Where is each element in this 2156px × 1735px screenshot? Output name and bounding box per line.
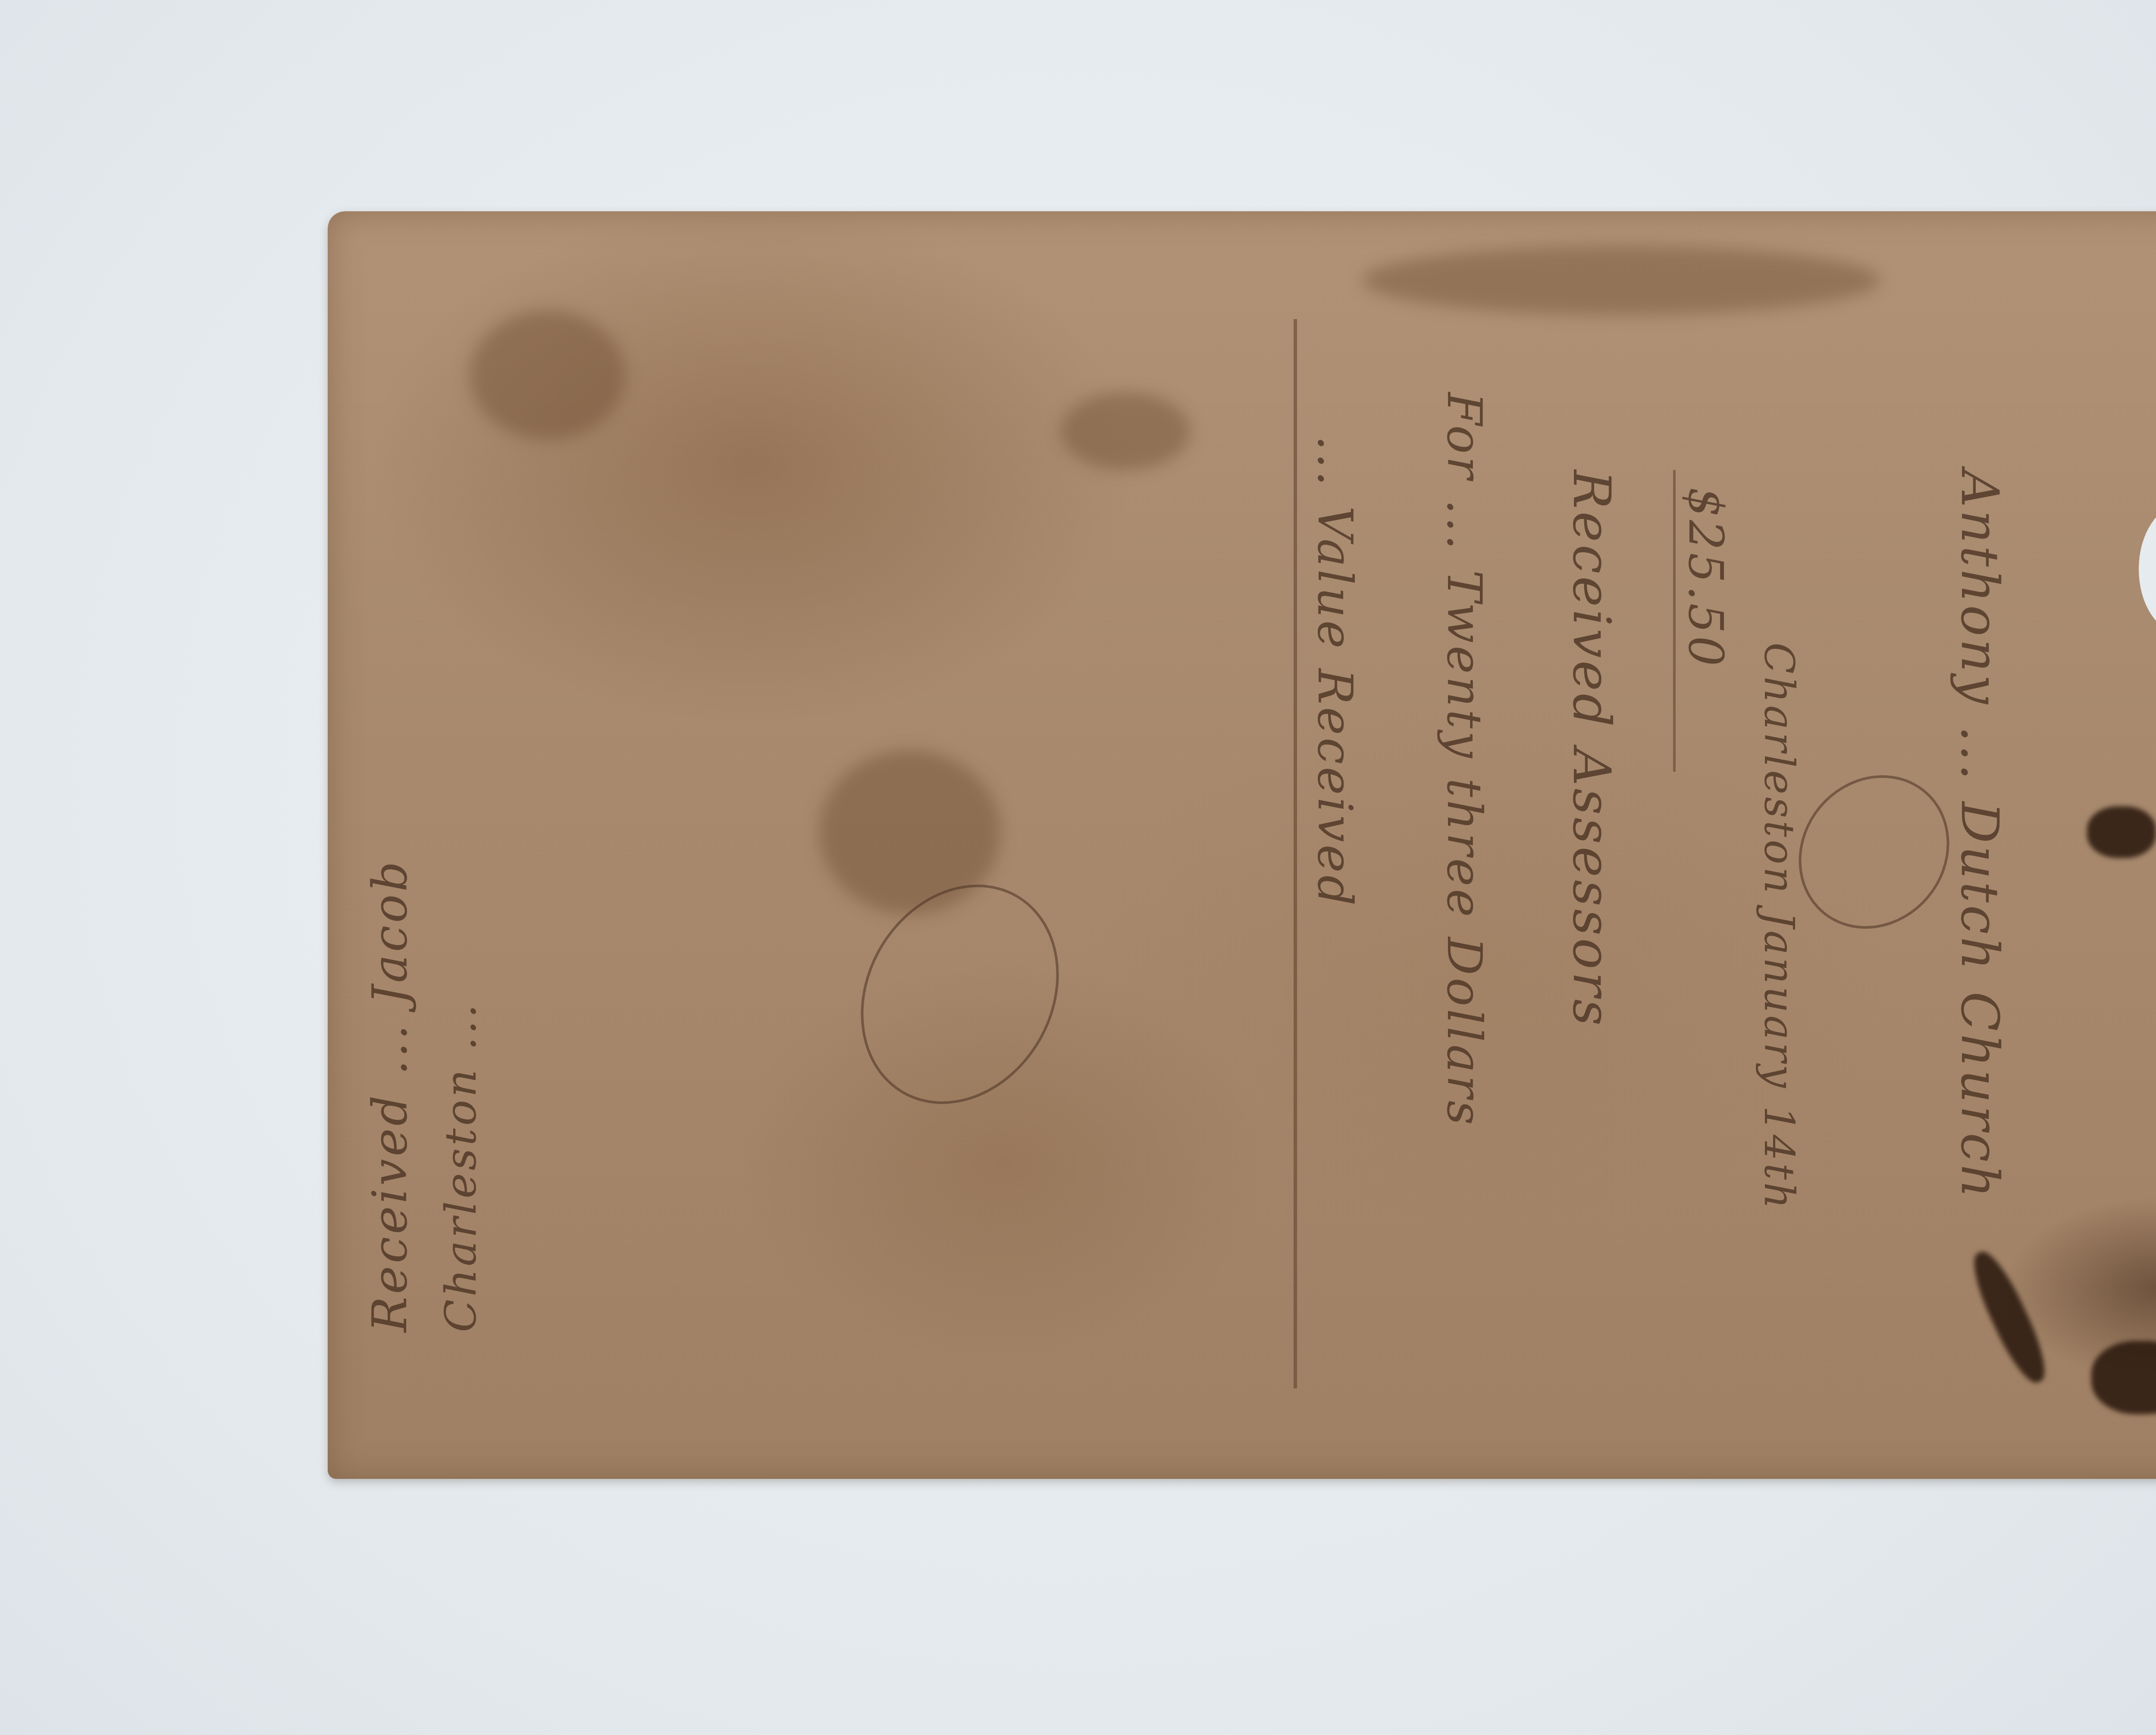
main-text-line: Anthony ... Dutch Church — [1949, 470, 2009, 1200]
ruled-line — [1294, 319, 1297, 1388]
water-stain — [470, 310, 625, 440]
main-text-line: Charleston January 14th — [1755, 642, 1802, 1211]
endorsement-line: Charleston ... — [436, 1002, 486, 1332]
main-text-line: For ... Twenty three Dollars — [1437, 392, 1492, 1127]
amount-text: $25.50 — [1678, 487, 1733, 669]
ink-stain — [1964, 1246, 2055, 1389]
ink-stain — [2091, 1341, 2156, 1414]
torn-notch — [2139, 504, 2156, 634]
ink-stain — [2087, 806, 2156, 858]
main-text-line: Received Assessors — [1561, 470, 1621, 1028]
endorsement-line: Received ... Jacob — [362, 859, 417, 1332]
water-stain — [1363, 246, 1880, 315]
main-text-line: ... Value Received — [1307, 435, 1363, 908]
water-stain — [1061, 392, 1190, 470]
ruled-line — [1673, 470, 1676, 772]
document-paper: $25.50 Anthony ... Dutch Church Charlest… — [328, 211, 2156, 1479]
